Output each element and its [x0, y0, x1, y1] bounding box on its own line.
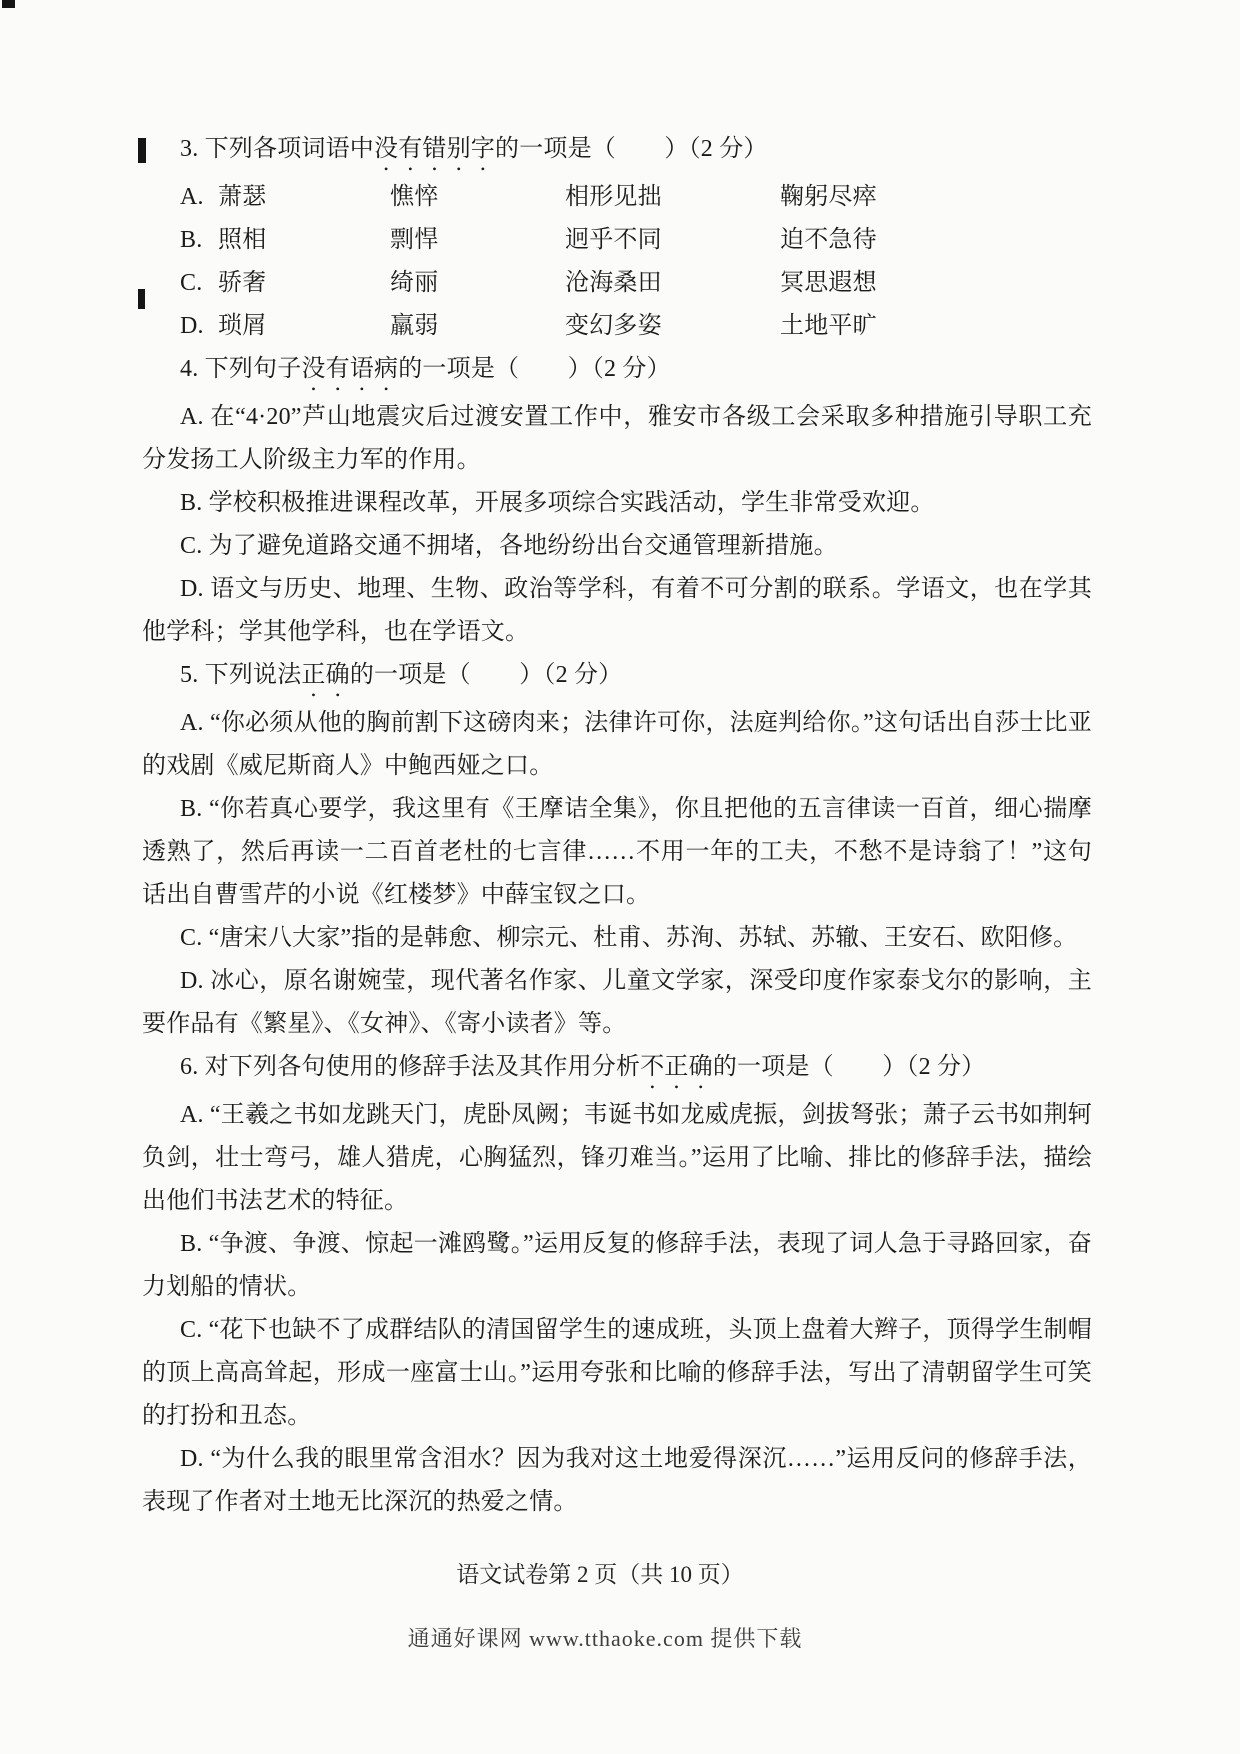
- word-cell: 骄奢: [218, 262, 390, 305]
- question-4-option-c: C. 为了避免道路交通不拥堵，各地纷纷出台交通管理新措施。: [142, 525, 1092, 568]
- option-label: B.: [180, 219, 218, 262]
- word-cell: 迥乎不同: [565, 219, 780, 262]
- q3-option-row-a: A. 萧瑟 憔悴 相形见拙 鞠躬尽瘁: [142, 176, 1092, 219]
- question-5-option-b: B. “你若真心要学，我这里有《王摩诘全集》，你且把他的五言律读一百首，细心揣摩…: [142, 788, 1092, 917]
- question-4-option-d: D. 语文与历史、地理、生物、政治等学科，有着不可分割的联系。学语文，也在学其他…: [142, 568, 1092, 654]
- q4-stem-pre: 4. 下列句子: [180, 356, 301, 382]
- question-4-option-b: B. 学校积极推进课程改革，开展多项综合实践活动，学生非常受欢迎。: [142, 482, 1092, 525]
- q4-stem-emphasis: 没有语病: [301, 356, 398, 382]
- word-cell: 土地平旷: [780, 305, 1092, 348]
- question-5-option-c: C. “唐宋八大家”指的是韩愈、柳宗元、杜甫、苏洵、苏轼、苏辙、王安石、欧阳修。: [142, 917, 1092, 960]
- q6-stem-pre: 6. 对下列各句使用的修辞手法及其作用分析: [180, 1054, 640, 1080]
- q4-stem-post: 的一项是（ ）（2 分）: [398, 356, 671, 382]
- q3-option-row-c: C. 骄奢 绮丽 沧海桑田 冥思遐想: [142, 262, 1092, 305]
- word-cell: 羸弱: [390, 305, 565, 348]
- q3-option-row-d: D. 琐屑 羸弱 变幻多姿 土地平旷: [142, 305, 1092, 348]
- word-cell: 剽悍: [390, 219, 565, 262]
- word-cell: 迫不急待: [780, 219, 1092, 262]
- q6-stem-post: 的一项是（ ）（2 分）: [713, 1054, 986, 1080]
- scan-artifact: [2, 0, 15, 8]
- word-cell: 相形见拙: [565, 176, 780, 219]
- question-6-stem: 6. 对下列各句使用的修辞手法及其作用分析不正确的一项是（ ）（2 分）: [142, 1046, 1092, 1094]
- question-4-stem: 4. 下列句子没有语病的一项是（ ）（2 分）: [142, 348, 1092, 396]
- download-watermark: 通通好课网 www.tthaoke.com 提供下载: [0, 1622, 1210, 1653]
- word-cell: 照相: [218, 219, 390, 262]
- q5-stem-emphasis: 正确: [301, 662, 349, 688]
- word-cell: 琐屑: [218, 305, 390, 348]
- question-6-option-a: A. “王羲之书如龙跳天门，虎卧凤阙；韦诞书如龙威虎振，剑拔弩张；萧子云书如荆轲…: [142, 1094, 1092, 1223]
- exam-paper-page: 3. 下列各项词语中没有错别字的一项是（ ）（2 分） A. 萧瑟 憔悴 相形见…: [0, 0, 1240, 1754]
- question-6-option-b: B. “争渡、争渡、惊起一滩鸥鹭。”运用反复的修辞手法，表现了词人急于寻路回家，…: [142, 1223, 1092, 1309]
- question-5-stem: 5. 下列说法正确的一项是（ ）（2 分）: [142, 654, 1092, 702]
- q3-stem-emphasis: 没有错别字: [374, 136, 495, 162]
- question-3-stem: 3. 下列各项词语中没有错别字的一项是（ ）（2 分）: [142, 128, 1092, 176]
- option-label: C.: [180, 262, 218, 305]
- word-cell: 萧瑟: [218, 176, 390, 219]
- q5-stem-post: 的一项是（ ）（2 分）: [350, 662, 623, 688]
- question-6-option-c: C. “花下也缺不了成群结队的清国留学生的速成班，头顶上盘着大辫子，顶得学生制帽…: [142, 1309, 1092, 1438]
- question-5-option-d: D. 冰心，原名谢婉莹，现代著名作家、儿童文学家，深受印度作家泰戈尔的影响，主要…: [142, 960, 1092, 1046]
- q3-option-row-b: B. 照相 剽悍 迥乎不同 迫不急待: [142, 219, 1092, 262]
- question-6-option-d: D. “为什么我的眼里常含泪水？因为我对这土地爱得深沉……”运用反问的修辞手法，…: [142, 1438, 1092, 1524]
- q3-stem-pre: 3. 下列各项词语中: [180, 136, 374, 162]
- word-cell: 憔悴: [390, 176, 565, 219]
- word-cell: 鞠躬尽瘁: [780, 176, 1092, 219]
- word-cell: 冥思遐想: [780, 262, 1092, 305]
- question-4-option-a: A. 在“4·20”芦山地震灾后过渡安置工作中，雅安市各级工会采取多种措施引导职…: [142, 396, 1092, 482]
- word-cell: 变幻多姿: [565, 305, 780, 348]
- word-cell: 绮丽: [390, 262, 565, 305]
- q6-stem-emphasis: 不正确: [640, 1054, 713, 1080]
- q3-stem-post: 的一项是（ ）（2 分）: [495, 136, 768, 162]
- q5-stem-pre: 5. 下列说法: [180, 662, 301, 688]
- option-label: D.: [180, 305, 218, 348]
- word-cell: 沧海桑田: [565, 262, 780, 305]
- question-5-option-a: A. “你必须从他的胸前割下这磅肉来；法律许可你，法庭判给你。”这句话出自莎士比…: [142, 702, 1092, 788]
- exam-body: 3. 下列各项词语中没有错别字的一项是（ ）（2 分） A. 萧瑟 憔悴 相形见…: [142, 128, 1092, 1524]
- option-label: A.: [180, 176, 218, 219]
- page-footer: 语文试卷第 2 页（共 10 页）: [0, 1556, 1200, 1589]
